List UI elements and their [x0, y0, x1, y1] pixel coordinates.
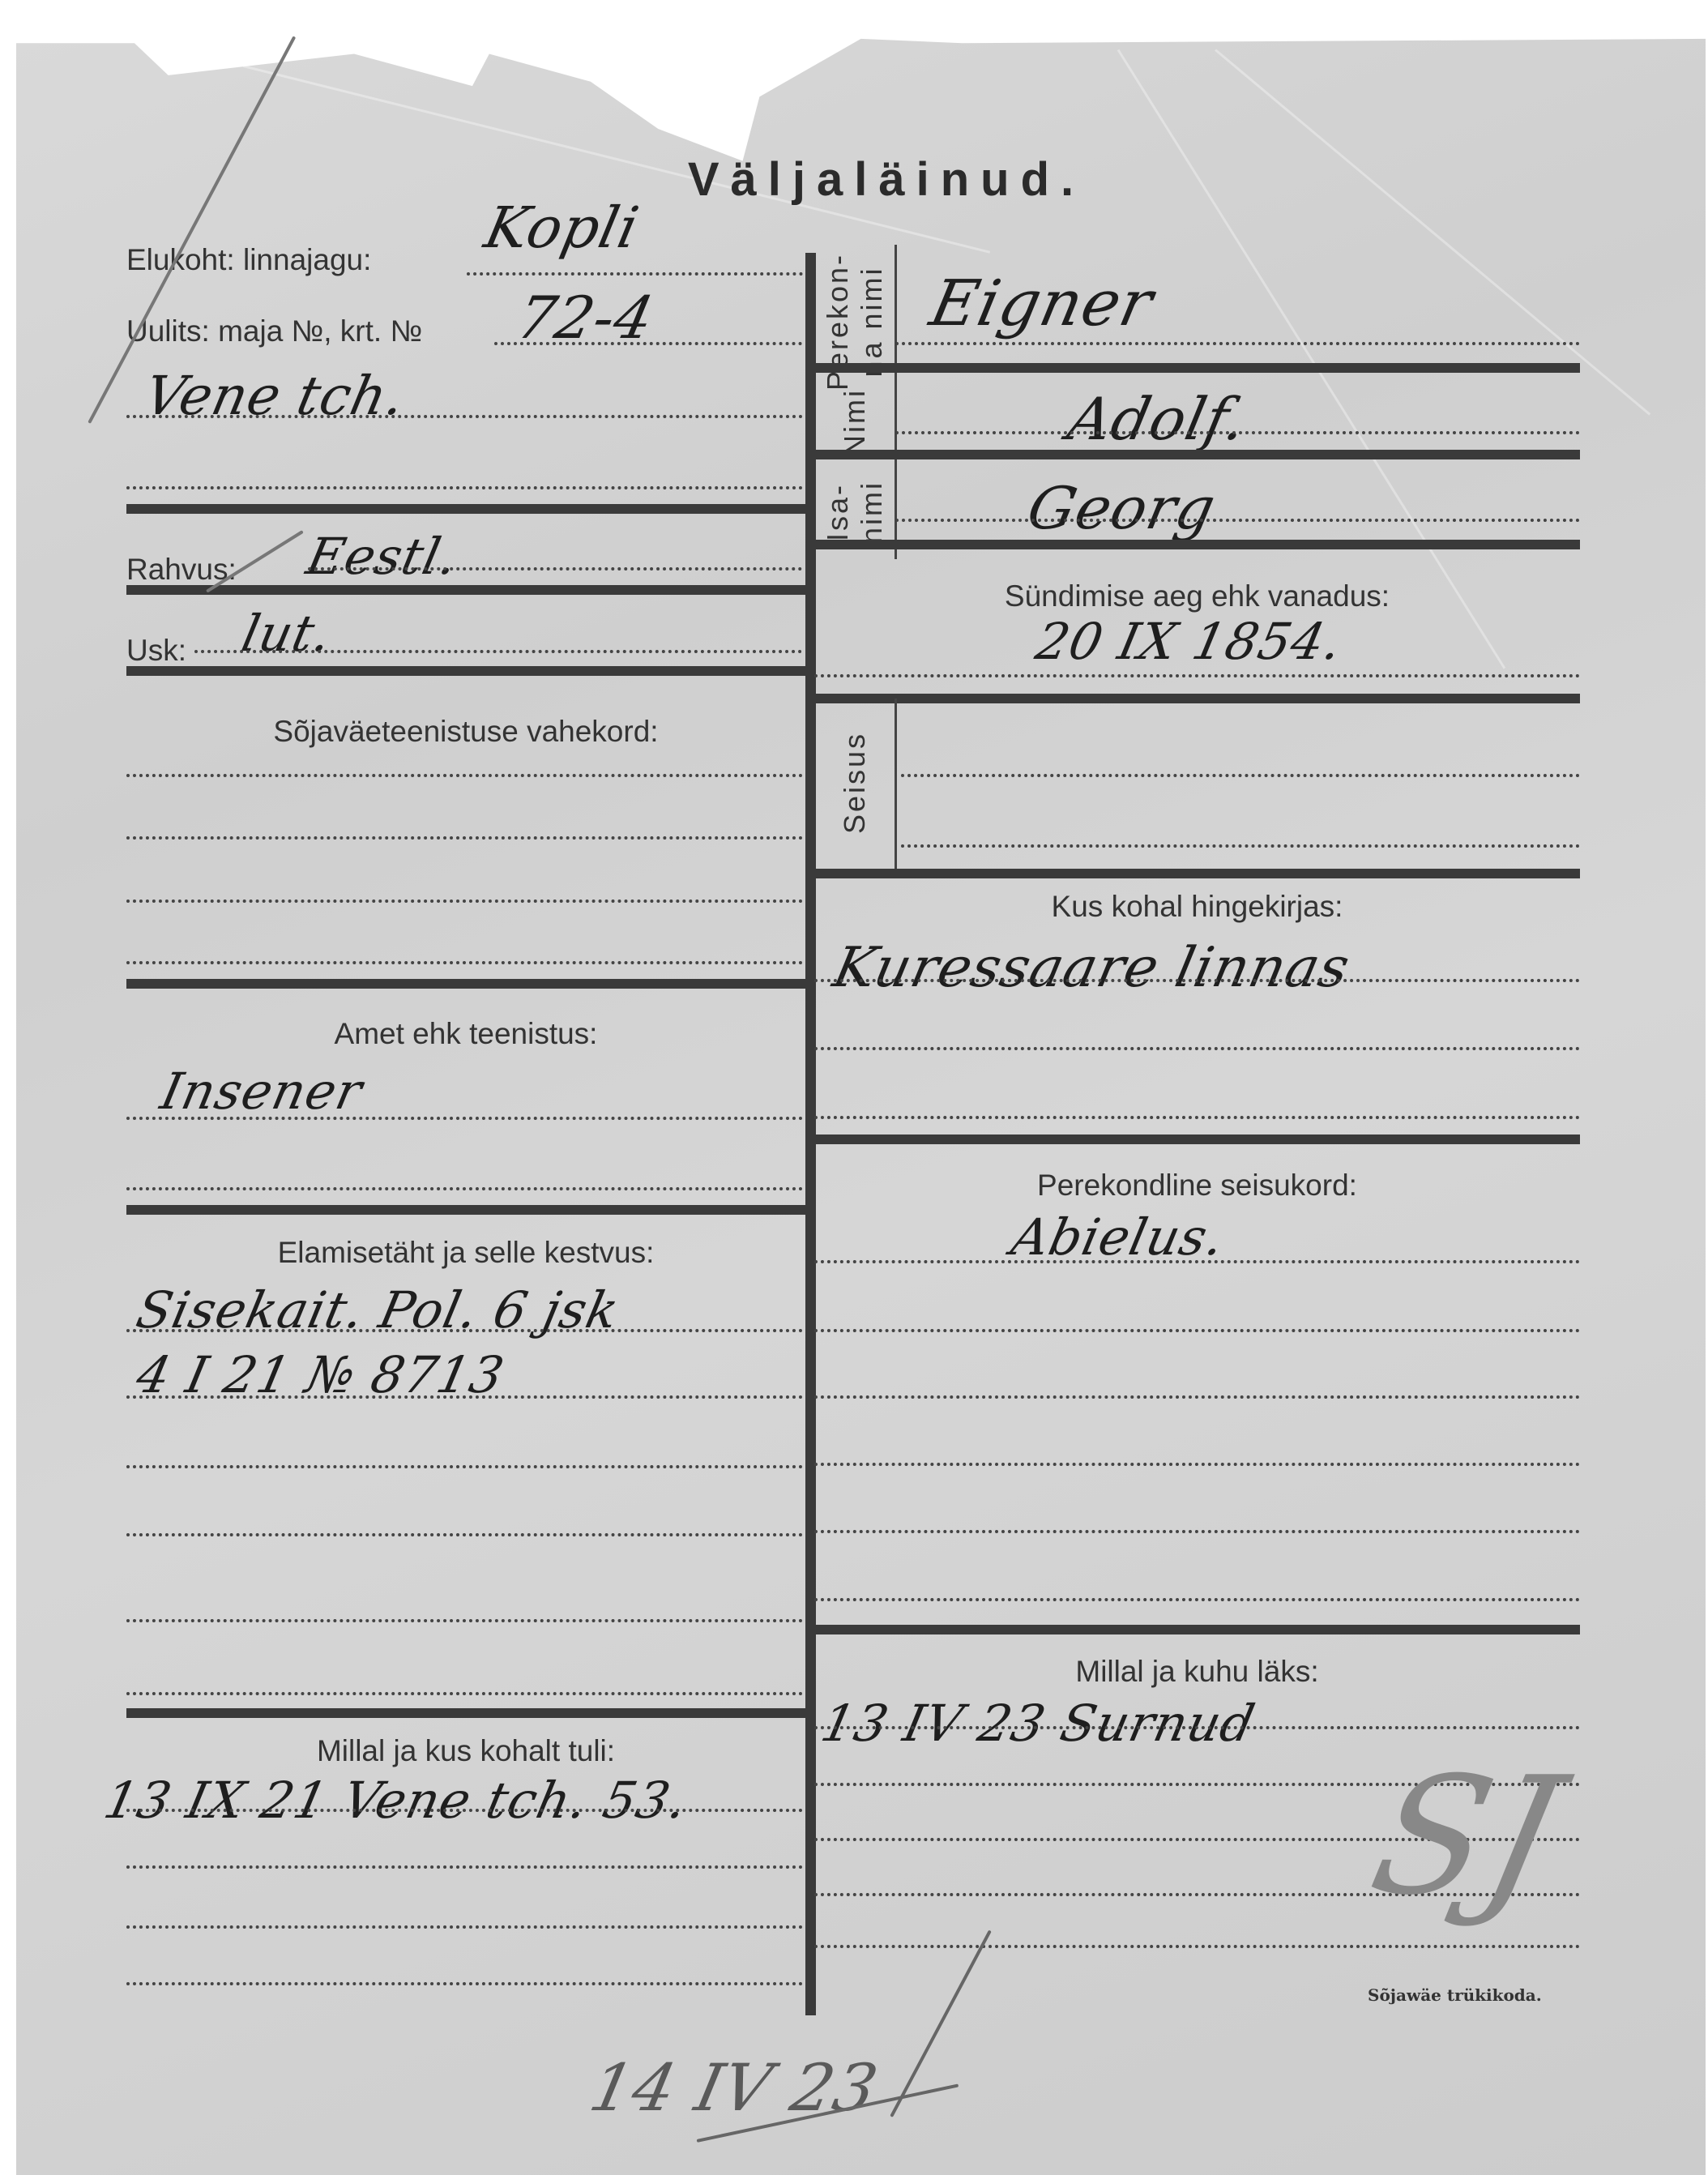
- rahvus-line: [308, 567, 802, 570]
- elamisetaht-line-5: [126, 1619, 803, 1622]
- sojavae-line-2: [126, 836, 803, 840]
- hingekiri-line-1: [814, 979, 1580, 982]
- millal-tuli-label: Millal ja kus kohalt tuli:: [126, 1734, 805, 1768]
- hingekiri-line-2: [814, 1047, 1580, 1050]
- section-rule: [814, 1625, 1580, 1634]
- section-rule: [126, 585, 805, 595]
- perekonnanimi-line: [895, 342, 1580, 345]
- hingekiri-line-3: [814, 1116, 1580, 1119]
- sundimise-aeg-value: 20 IX 1854.: [1031, 612, 1347, 671]
- elukoht-line: [467, 272, 803, 276]
- section-rule: [126, 1708, 805, 1718]
- sojavae-line-1: [126, 774, 803, 777]
- uulits-line-2: [126, 415, 803, 418]
- sojavaeteenistus-label: Sõjaväeteenistuse vahekord:: [126, 715, 805, 749]
- bottom-signature-date: 14 IV 23: [583, 2050, 885, 2126]
- nimi-value: Adolf.: [1062, 385, 1253, 453]
- millal-tuli-line-2: [126, 1865, 803, 1869]
- amet-line-2: [126, 1187, 803, 1190]
- section-rule: [814, 450, 1580, 459]
- elukoht-label: Elukoht: linnajagu:: [126, 243, 371, 277]
- seisus-line-1: [901, 774, 1580, 777]
- perekondline-value: Abielus.: [1006, 1207, 1230, 1267]
- perekondline-line-6: [814, 1598, 1580, 1601]
- perekondline-line-4: [814, 1463, 1580, 1466]
- millal-tuli-line-3: [126, 1925, 803, 1929]
- perekondline-line-1: [814, 1260, 1580, 1263]
- elamisetaht-line-6: [126, 1692, 803, 1695]
- sundimise-aeg-label: Sündimise aeg ehk vanadus:: [814, 579, 1580, 613]
- millal-laks-value: 13 IV 23 Surnud: [816, 1694, 1260, 1753]
- section-rule: [126, 666, 805, 676]
- section-rule: [814, 363, 1580, 373]
- elukoht-value: Kopli: [479, 194, 645, 261]
- document-title: Väljaläinud.: [0, 152, 1708, 207]
- rahvus-value: Eestl.: [301, 527, 463, 586]
- amet-value: Insener: [156, 1062, 368, 1121]
- amet-label: Amet ehk teenistus:: [126, 1017, 805, 1051]
- uulits-line-3: [126, 486, 803, 489]
- section-rule: [126, 1205, 805, 1215]
- isanimi-label-line1: Isa-: [821, 483, 854, 541]
- isanimi-line: [895, 519, 1580, 522]
- elamisetaht-label: Elamisetäht ja selle kestvus:: [126, 1236, 805, 1270]
- millal-laks-label: Millal ja kuhu läks:: [814, 1655, 1580, 1689]
- sundimise-aeg-line: [814, 674, 1580, 677]
- seisus-box-rule: [895, 699, 897, 869]
- perekondline-line-3: [814, 1395, 1580, 1399]
- section-rule: [126, 979, 805, 989]
- usk-label: Usk:: [126, 634, 186, 668]
- hingekiri-label: Kus kohal hingekirjas:: [814, 890, 1580, 924]
- section-rule: [814, 694, 1580, 703]
- elamisetaht-line-4: [126, 1533, 803, 1536]
- elamisetaht-line-2: [126, 1395, 803, 1399]
- section-rule: [126, 504, 805, 514]
- elamisetaht-line-3: [126, 1465, 803, 1468]
- seisus-line-2: [901, 844, 1580, 848]
- elamisetaht-line-1: [126, 1329, 803, 1332]
- section-rule: [814, 1135, 1580, 1144]
- sojavae-line-3: [126, 899, 803, 903]
- printer-mark: Sõjawäe trükikoda.: [1368, 1985, 1542, 2005]
- perekondline-label: Perekondline seisukord:: [814, 1169, 1580, 1203]
- isanimi-label-line2: nimi: [855, 481, 888, 544]
- millal-laks-line-5: [814, 1945, 1580, 1948]
- perekondline-line-5: [814, 1530, 1580, 1533]
- millal-laks-line-1: [814, 1726, 1580, 1729]
- isanimi-label: Isa- nimi: [821, 443, 889, 581]
- uulits-house-value: 72-4: [511, 284, 660, 352]
- usk-value: lut.: [237, 604, 337, 663]
- millal-tuli-value: 13 IX 21 Vene tch. 53.: [99, 1771, 693, 1830]
- name-box-rule: [895, 245, 897, 559]
- nimi-line: [895, 431, 1580, 434]
- uulits-label: Uulits: maja №, krt. №: [126, 314, 422, 348]
- hingekiri-value: Kuressaare linnas: [828, 936, 1356, 1000]
- millal-tuli-line-4: [126, 1982, 803, 1985]
- section-rule: [814, 869, 1580, 878]
- isanimi-value: Georg: [1022, 474, 1222, 542]
- perekondline-line-2: [814, 1329, 1580, 1332]
- amet-line-1: [126, 1117, 803, 1120]
- usk-line: [194, 650, 802, 653]
- section-rule: [814, 540, 1580, 549]
- sojavae-line-4: [126, 961, 803, 964]
- perekonnanimi-value: Eigner: [924, 267, 1159, 340]
- millal-tuli-line-1: [126, 1809, 803, 1812]
- seisus-label: Seisus: [838, 718, 872, 848]
